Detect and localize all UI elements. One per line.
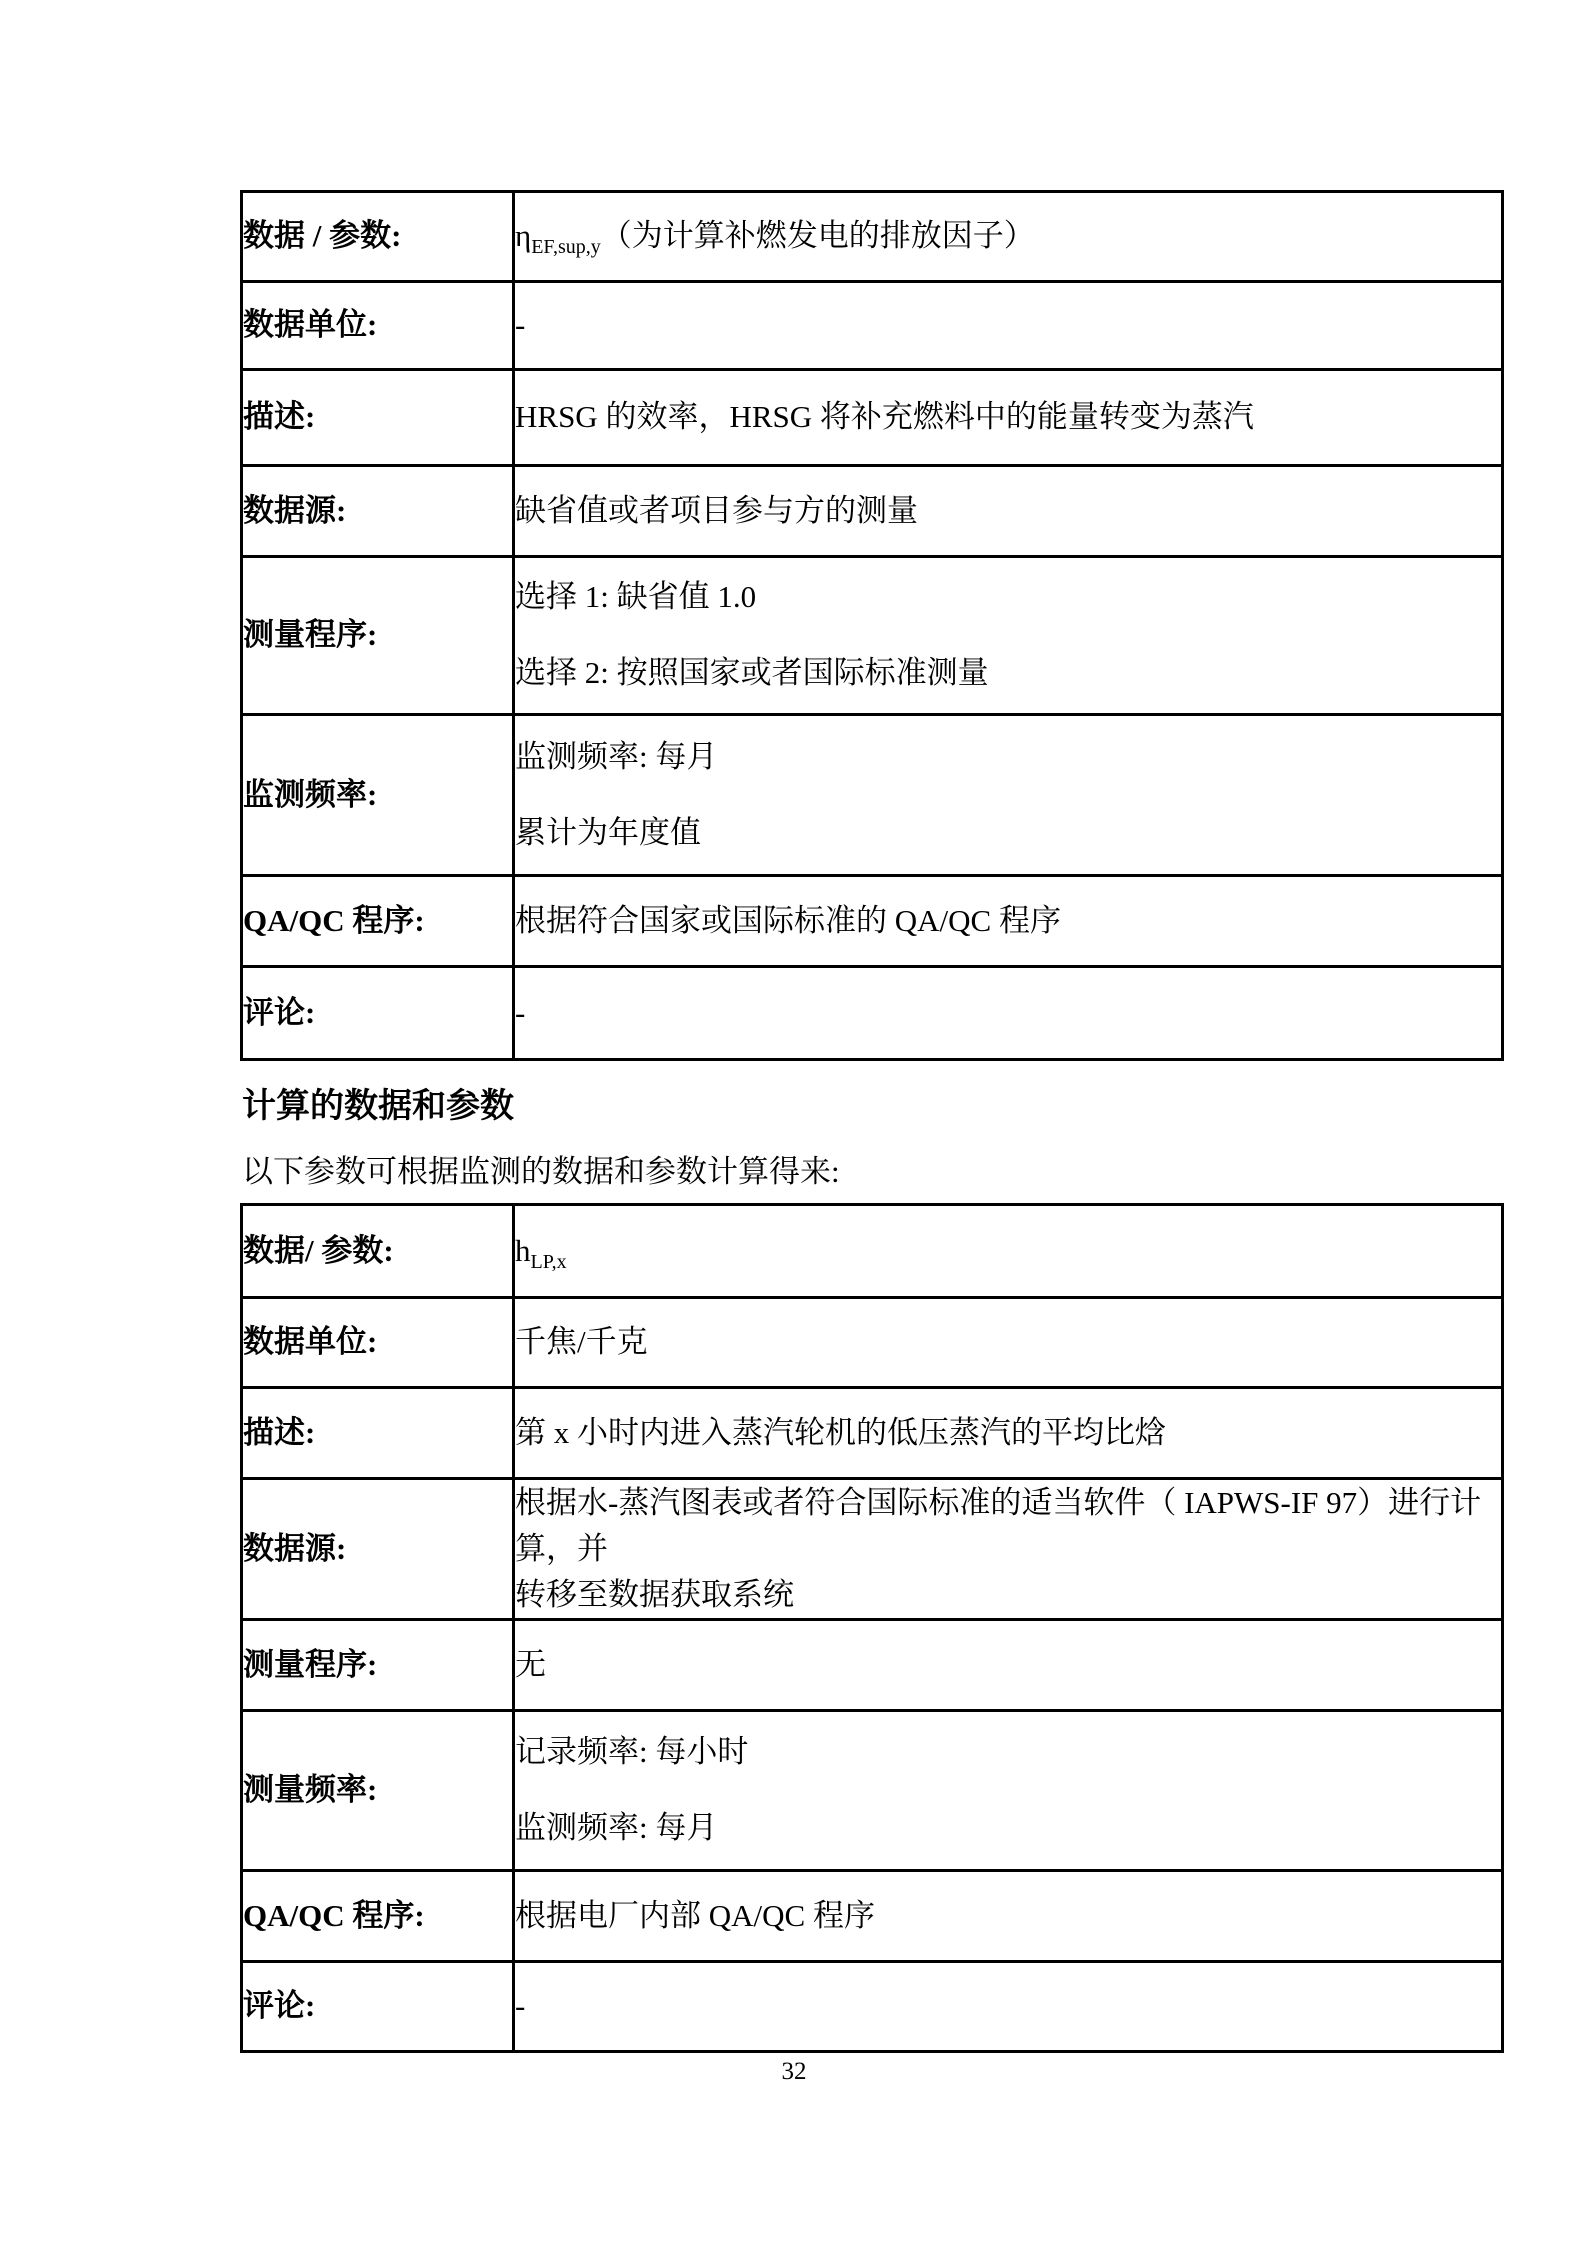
monitoring-frequency-lines: 监测频率: 每月 累计为年度值 bbox=[515, 738, 1501, 853]
row-label-text: 评论: bbox=[243, 995, 315, 1030]
parameter-table-h-lp-x: 数据/ 参数: hLP,x 数据单位: 千焦/千克 描述: 第 x 小时内进入蒸… bbox=[240, 1203, 1504, 2053]
section-heading: 计算的数据和参数 bbox=[242, 1078, 514, 1127]
row-label-text: 测量程序: bbox=[243, 617, 377, 652]
qaqc-value-text: 根据电厂内部 QA/QC 程序 bbox=[515, 1898, 875, 1933]
monitoring-frequency-value-cell: 监测频率: 每月 累计为年度值 bbox=[514, 715, 1503, 876]
row-label-text: 数据 / 参数: bbox=[243, 218, 401, 253]
comment-value-cell: - bbox=[514, 1962, 1503, 2052]
parameter-formula: ηEF,sup,y（为计算补燃发电的排放因子） bbox=[515, 218, 1035, 253]
source-value-text: 缺省值或者项目参与方的测量 bbox=[515, 493, 918, 528]
row-label-monitoring-frequency: 监测频率: bbox=[242, 715, 514, 876]
formula-subscript: LP,x bbox=[531, 1251, 567, 1273]
row-label-text: 评论: bbox=[243, 1988, 315, 2023]
measurement-procedure-text: 无 bbox=[515, 1647, 546, 1682]
table-row-comment: 评论: - bbox=[242, 1962, 1503, 2052]
row-label-text: 数据单位: bbox=[243, 1324, 377, 1359]
measurement-frequency-value-cell: 记录频率: 每小时 监测频率: 每月 bbox=[514, 1711, 1503, 1871]
table-row-measurement-procedure: 测量程序: 选择 1: 缺省值 1.0 选择 2: 按照国家或者国际标准测量 bbox=[242, 557, 1503, 715]
table-row-monitoring-frequency: 监测频率: 监测频率: 每月 累计为年度值 bbox=[242, 715, 1503, 876]
row-label-measurement-procedure: 测量程序: bbox=[242, 1620, 514, 1711]
table-row-qaqc: QA/QC 程序: 根据电厂内部 QA/QC 程序 bbox=[242, 1871, 1503, 1962]
row-label-text: 测量程序: bbox=[243, 1647, 377, 1682]
table-row-description: 描述: HRSG 的效率，HRSG 将补充燃料中的能量转变为蒸汽 bbox=[242, 370, 1503, 466]
row-label-source: 数据源: bbox=[242, 466, 514, 557]
table-row-description: 描述: 第 x 小时内进入蒸汽轮机的低压蒸汽的平均比焓 bbox=[242, 1388, 1503, 1479]
option-2-line: 选择 2: 按照国家或者国际标准测量 bbox=[515, 654, 1501, 693]
frequency-line: 累计为年度值 bbox=[515, 814, 1501, 853]
row-label-comment: 评论: bbox=[242, 1962, 514, 2052]
row-label-qaqc: QA/QC 程序: bbox=[242, 876, 514, 967]
row-label-description: 描述: bbox=[242, 370, 514, 466]
comment-value-text: - bbox=[515, 995, 525, 1030]
frequency-line: 记录频率: 每小时 bbox=[515, 1733, 1501, 1772]
table-row-parameter: 数据/ 参数: hLP,x bbox=[242, 1205, 1503, 1298]
row-label-text: 数据单位: bbox=[243, 307, 377, 342]
measurement-procedure-value-cell: 无 bbox=[514, 1620, 1503, 1711]
measurement-procedure-lines: 选择 1: 缺省值 1.0 选择 2: 按照国家或者国际标准测量 bbox=[515, 578, 1501, 693]
table-row-source: 数据源: 根据水-蒸汽图表或者符合国际标准的适当软件（ IAPWS-IF 97）… bbox=[242, 1479, 1503, 1620]
source-value-cell: 缺省值或者项目参与方的测量 bbox=[514, 466, 1503, 557]
measurement-frequency-lines: 记录频率: 每小时 监测频率: 每月 bbox=[515, 1733, 1501, 1848]
table-row-unit: 数据单位: - bbox=[242, 282, 1503, 370]
description-value-cell: HRSG 的效率，HRSG 将补充燃料中的能量转变为蒸汽 bbox=[514, 370, 1503, 466]
table-row-parameter: 数据 / 参数: ηEF,sup,y（为计算补燃发电的排放因子） bbox=[242, 192, 1503, 282]
table-row-comment: 评论: - bbox=[242, 967, 1503, 1060]
source-line: 根据水-蒸汽图表或者符合国际标准的适当软件（ IAPWS-IF 97）进行计算，… bbox=[515, 1480, 1501, 1572]
comment-value-text: - bbox=[515, 1988, 525, 2023]
row-label-text: 监测频率: bbox=[243, 777, 377, 812]
row-label-comment: 评论: bbox=[242, 967, 514, 1060]
row-label-text: QA/QC 程序: bbox=[243, 1898, 425, 1933]
row-label-parameter: 数据/ 参数: bbox=[242, 1205, 514, 1298]
row-label-text: 描述: bbox=[243, 399, 315, 434]
parameter-formula: hLP,x bbox=[515, 1233, 567, 1268]
row-label-unit: 数据单位: bbox=[242, 1298, 514, 1388]
option-1-line: 选择 1: 缺省值 1.0 bbox=[515, 578, 1501, 617]
unit-value-text: - bbox=[515, 307, 525, 342]
measurement-procedure-value-cell: 选择 1: 缺省值 1.0 选择 2: 按照国家或者国际标准测量 bbox=[514, 557, 1503, 715]
row-label-measurement-frequency: 测量频率: bbox=[242, 1711, 514, 1871]
row-label-text: 测量频率: bbox=[243, 1772, 377, 1807]
table-row-unit: 数据单位: 千焦/千克 bbox=[242, 1298, 1503, 1388]
row-label-text: 数据/ 参数: bbox=[243, 1233, 394, 1268]
formula-symbol: h bbox=[515, 1233, 531, 1268]
row-label-text: 数据源: bbox=[243, 1531, 346, 1566]
qaqc-value-cell: 根据符合国家或国际标准的 QA/QC 程序 bbox=[514, 876, 1503, 967]
description-value-text: HRSG 的效率，HRSG 将补充燃料中的能量转变为蒸汽 bbox=[515, 399, 1254, 434]
source-line: 转移至数据获取系统 bbox=[515, 1572, 1501, 1618]
table-row-measurement-procedure: 测量程序: 无 bbox=[242, 1620, 1503, 1711]
unit-value-cell: - bbox=[514, 282, 1503, 370]
row-label-source: 数据源: bbox=[242, 1479, 514, 1620]
row-label-unit: 数据单位: bbox=[242, 282, 514, 370]
row-label-description: 描述: bbox=[242, 1388, 514, 1479]
source-value-lines: 根据水-蒸汽图表或者符合国际标准的适当软件（ IAPWS-IF 97）进行计算，… bbox=[515, 1480, 1501, 1618]
row-label-measurement-procedure: 测量程序: bbox=[242, 557, 514, 715]
qaqc-value-text: 根据符合国家或国际标准的 QA/QC 程序 bbox=[515, 903, 1061, 938]
formula-subscript: EF,sup,y bbox=[531, 236, 601, 258]
parameter-value-cell: ηEF,sup,y（为计算补燃发电的排放因子） bbox=[514, 192, 1503, 282]
table-row-measurement-frequency: 测量频率: 记录频率: 每小时 监测频率: 每月 bbox=[242, 1711, 1503, 1871]
frequency-line: 监测频率: 每月 bbox=[515, 1809, 1501, 1848]
table-row-source: 数据源: 缺省值或者项目参与方的测量 bbox=[242, 466, 1503, 557]
formula-symbol: η bbox=[515, 218, 531, 253]
qaqc-value-cell: 根据电厂内部 QA/QC 程序 bbox=[514, 1871, 1503, 1962]
row-label-parameter: 数据 / 参数: bbox=[242, 192, 514, 282]
frequency-line: 监测频率: 每月 bbox=[515, 738, 1501, 777]
parameter-table-eta-ef-sup-y: 数据 / 参数: ηEF,sup,y（为计算补燃发电的排放因子） 数据单位: -… bbox=[240, 190, 1504, 1061]
section-intro-text: 以下参数可根据监测的数据和参数计算得来: bbox=[242, 1146, 840, 1191]
page-number: 32 bbox=[0, 2058, 1588, 2086]
row-label-text: 描述: bbox=[243, 1415, 315, 1450]
unit-value-text: 千焦/千克 bbox=[515, 1324, 648, 1359]
table-row-qaqc: QA/QC 程序: 根据符合国家或国际标准的 QA/QC 程序 bbox=[242, 876, 1503, 967]
comment-value-cell: - bbox=[514, 967, 1503, 1060]
row-label-text: 数据源: bbox=[243, 493, 346, 528]
formula-note: （为计算补燃发电的排放因子） bbox=[601, 218, 1035, 253]
row-label-qaqc: QA/QC 程序: bbox=[242, 1871, 514, 1962]
description-value-cell: 第 x 小时内进入蒸汽轮机的低压蒸汽的平均比焓 bbox=[514, 1388, 1503, 1479]
row-label-text: QA/QC 程序: bbox=[243, 903, 425, 938]
source-value-cell: 根据水-蒸汽图表或者符合国际标准的适当软件（ IAPWS-IF 97）进行计算，… bbox=[514, 1479, 1503, 1620]
document-page: 数据 / 参数: ηEF,sup,y（为计算补燃发电的排放因子） 数据单位: -… bbox=[0, 0, 1588, 2245]
description-value-text: 第 x 小时内进入蒸汽轮机的低压蒸汽的平均比焓 bbox=[515, 1415, 1166, 1450]
unit-value-cell: 千焦/千克 bbox=[514, 1298, 1503, 1388]
parameter-value-cell: hLP,x bbox=[514, 1205, 1503, 1298]
